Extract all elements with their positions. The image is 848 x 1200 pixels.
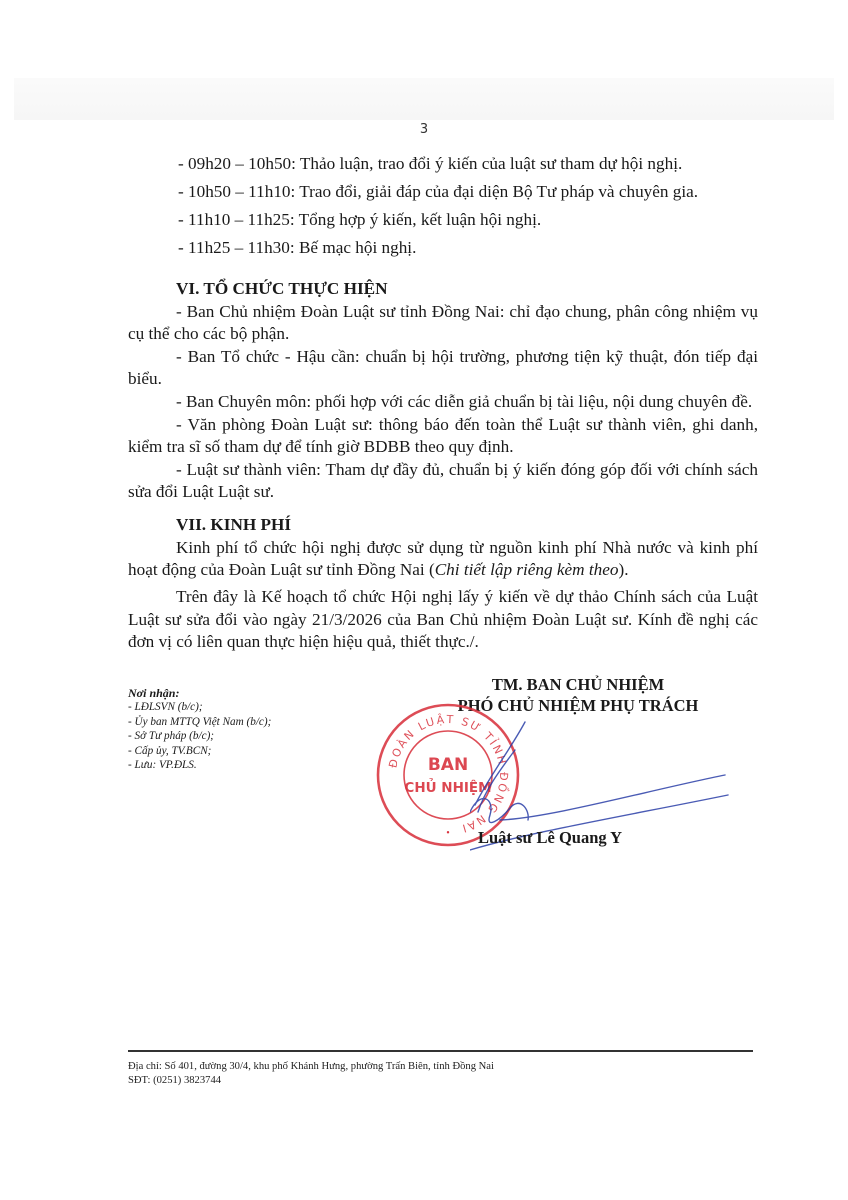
recipient-item: - Ủy ban MTTQ Việt Nam (b/c); bbox=[128, 715, 271, 729]
schedule-item: - 11h10 – 11h25: Tổng hợp ý kiến, kết lu… bbox=[178, 206, 778, 234]
paragraph: - Ban Tổ chức - Hậu cần: chuẩn bị hội tr… bbox=[128, 346, 758, 391]
signature-line-1: TM. BAN CHỦ NHIỆM bbox=[418, 674, 738, 695]
section-organization: VI. TỔ CHỨC THỰC HIỆN - Ban Chủ nhiệm Đo… bbox=[128, 278, 758, 504]
recipient-item: - LĐLSVN (b/c); bbox=[128, 700, 271, 714]
recipients-block: Nơi nhận: - LĐLSVN (b/c); - Ủy ban MTTQ … bbox=[128, 686, 271, 772]
recipients-title: Nơi nhận: bbox=[128, 686, 271, 700]
paragraph: - Văn phòng Đoàn Luật sư: thông báo đến … bbox=[128, 414, 758, 459]
signer-name: Luật sư Lê Quang Y bbox=[478, 828, 622, 848]
footer-address: Địa chỉ: Số 401, đường 30/4, khu phố Khá… bbox=[128, 1060, 494, 1074]
paragraph: - Luật sư thành viên: Tham dự đầy đủ, ch… bbox=[128, 459, 758, 504]
funding-note: Chi tiết lập riêng kèm theo bbox=[435, 560, 619, 579]
svg-text:•: • bbox=[446, 828, 450, 839]
paragraph: - Ban Chủ nhiệm Đoàn Luật sư tỉnh Đồng N… bbox=[128, 301, 758, 346]
paragraph: Kinh phí tổ chức hội nghị được sử dụng t… bbox=[128, 537, 758, 582]
paragraph: - Ban Chuyên môn: phối hợp với các diễn … bbox=[128, 391, 758, 414]
schedule-item: - 09h20 – 10h50: Thảo luận, trao đổi ý k… bbox=[178, 150, 778, 178]
closing-paragraph: Trên đây là Kế hoạch tổ chức Hội nghị lấ… bbox=[128, 586, 758, 654]
section-funding: VII. KINH PHÍ Kinh phí tổ chức hội nghị … bbox=[128, 514, 758, 582]
schedule-list: - 09h20 – 10h50: Thảo luận, trao đổi ý k… bbox=[178, 150, 778, 262]
schedule-item: - 10h50 – 11h10: Trao đổi, giải đáp của … bbox=[178, 178, 778, 206]
schedule-item: - 11h25 – 11h30: Bế mạc hội nghị. bbox=[178, 234, 778, 262]
paragraph: Trên đây là Kế hoạch tổ chức Hội nghị lấ… bbox=[128, 586, 758, 654]
footer-phone: SĐT: (0251) 3823744 bbox=[128, 1074, 494, 1088]
recipient-item: - Sở Tư pháp (b/c); bbox=[128, 729, 271, 743]
page-number: 3 bbox=[0, 122, 848, 137]
funding-text-end: ). bbox=[618, 560, 628, 579]
scan-header-band bbox=[14, 78, 834, 120]
section-heading: VI. TỔ CHỨC THỰC HIỆN bbox=[128, 278, 758, 301]
recipient-item: - Lưu: VP.ĐLS. bbox=[128, 758, 271, 772]
section-heading: VII. KINH PHÍ bbox=[128, 514, 758, 537]
recipient-item: - Cấp ủy, TV.BCN; bbox=[128, 744, 271, 758]
footer: Địa chỉ: Số 401, đường 30/4, khu phố Khá… bbox=[128, 1060, 494, 1088]
footer-divider bbox=[128, 1050, 753, 1052]
svg-text:BAN: BAN bbox=[428, 755, 468, 775]
